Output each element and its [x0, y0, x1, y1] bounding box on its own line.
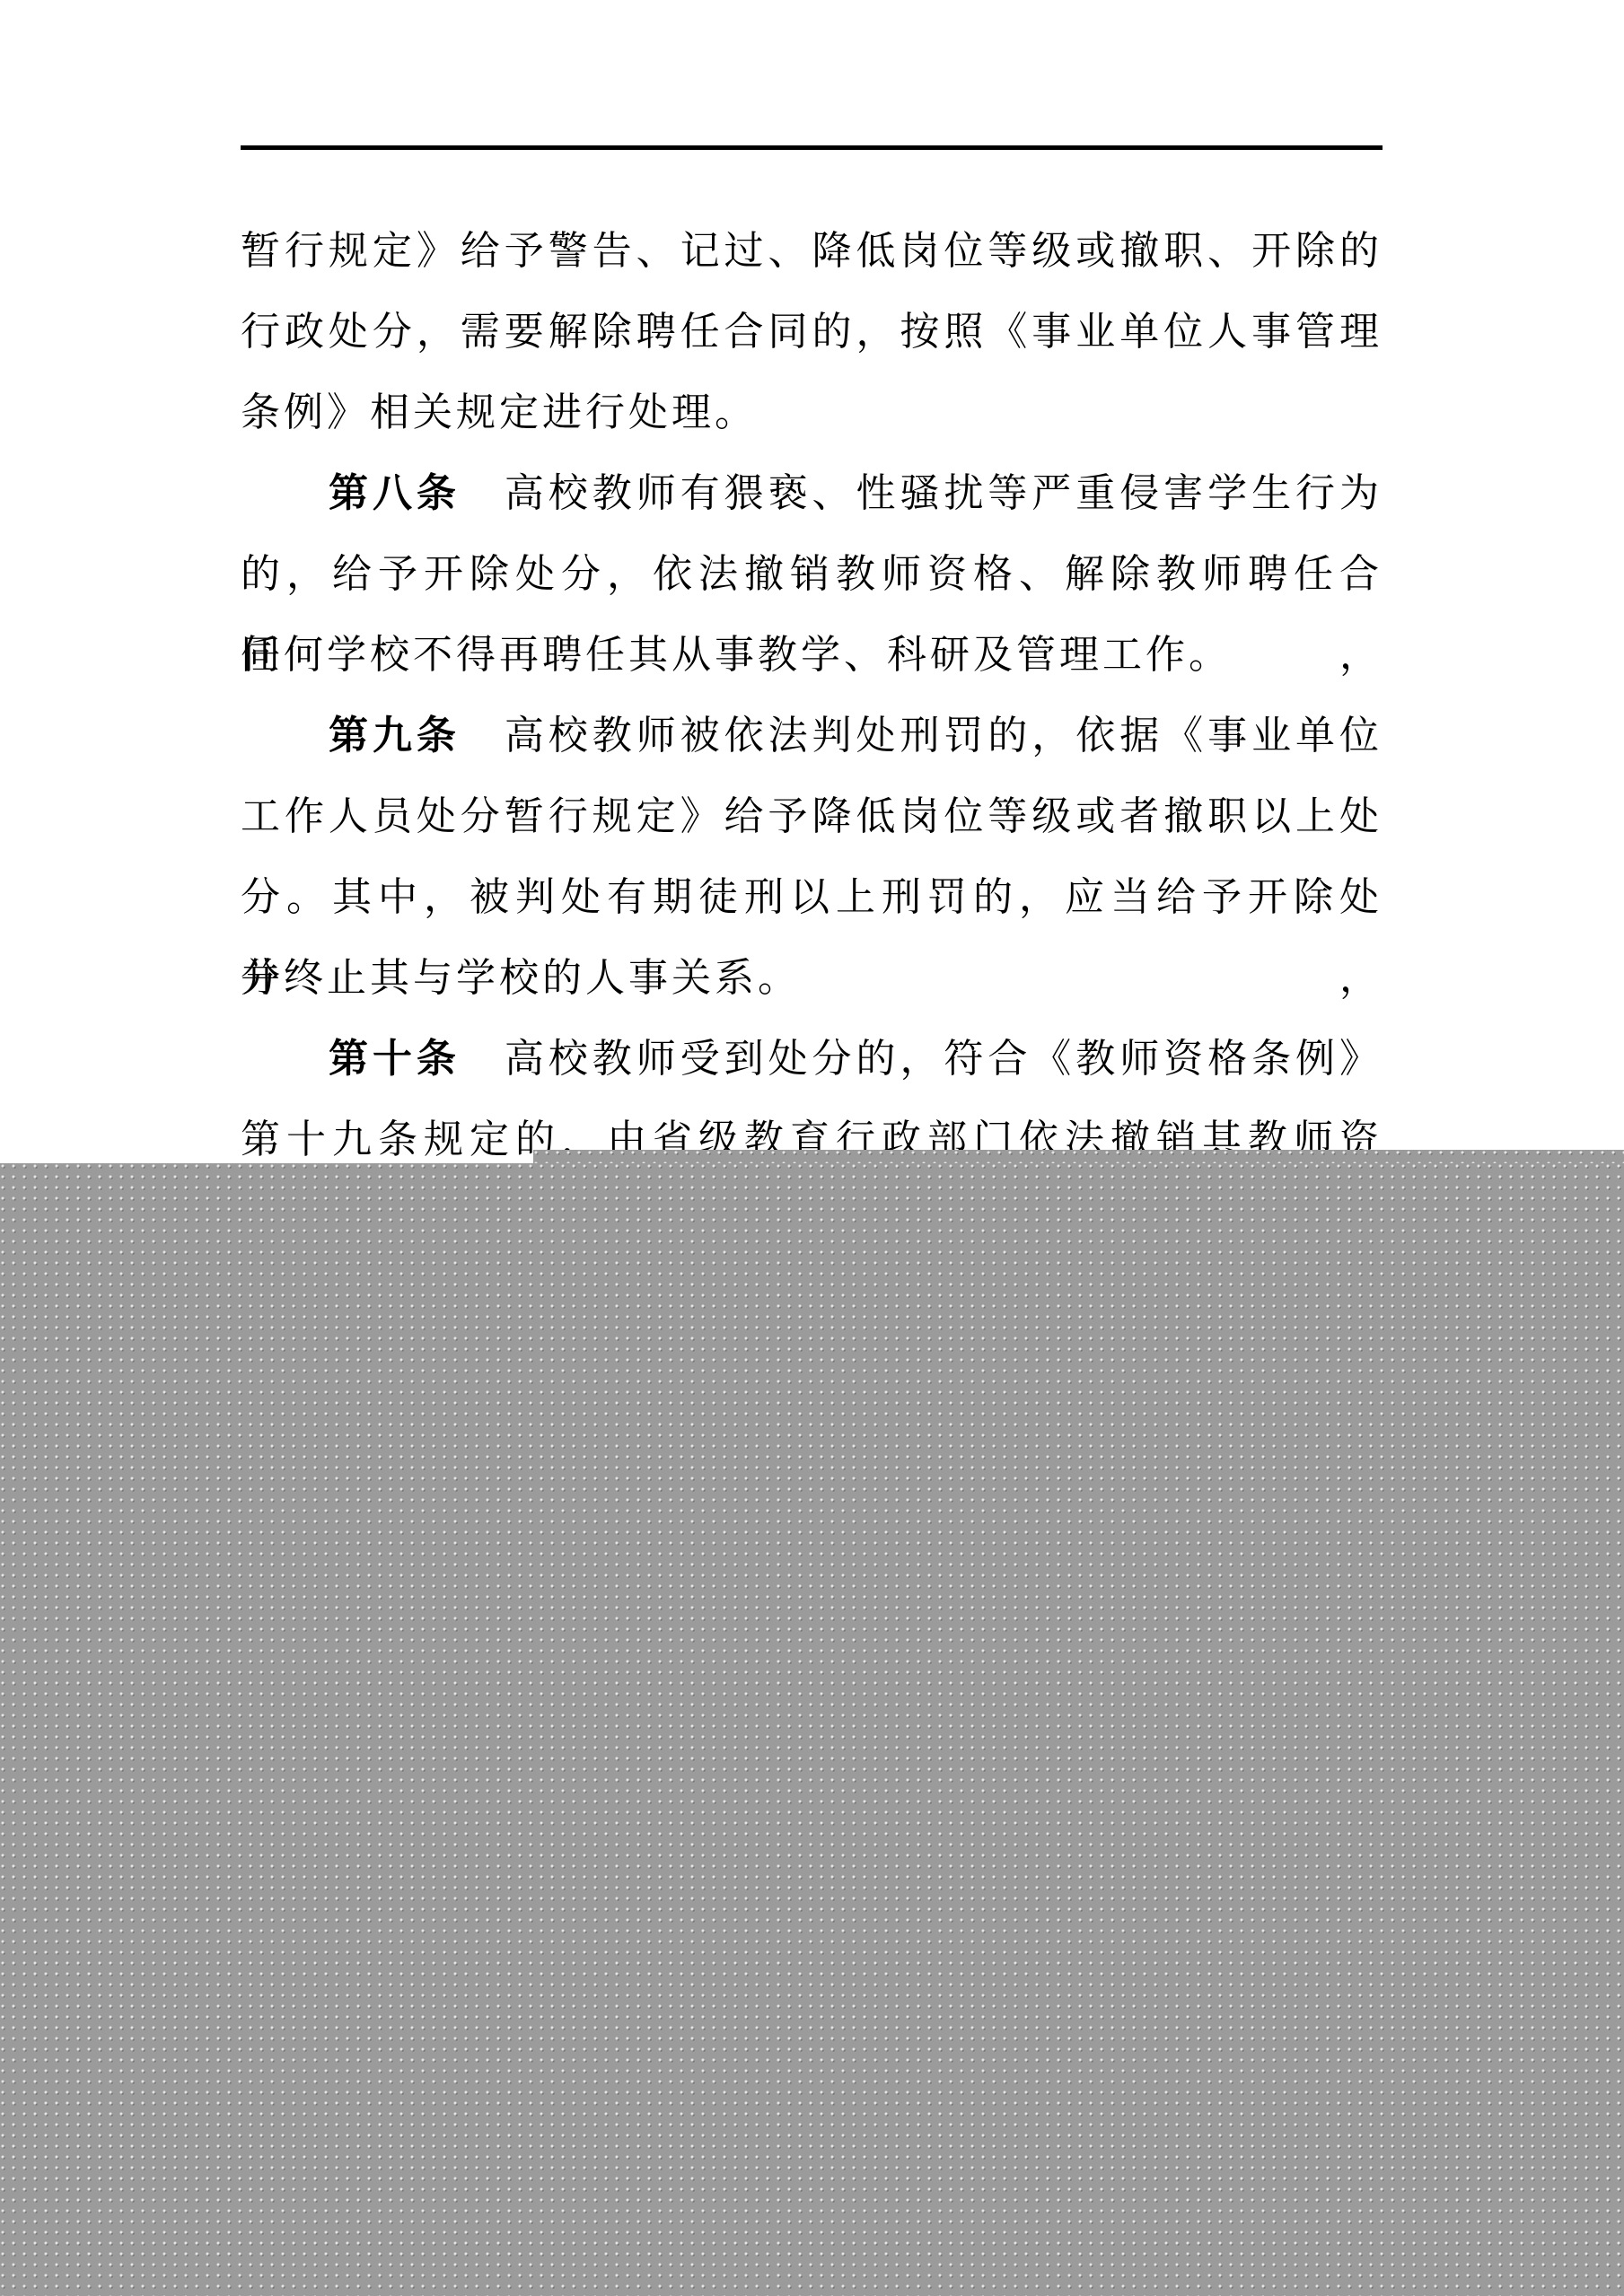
text-line: 第八条 高校教师有猥亵、性骚扰等严重侵害学生行为 — [241, 453, 1383, 534]
text-line: 条例》相关规定进行处理。 — [241, 372, 1383, 453]
text-line: 第九条 高校教师被依法判处刑罚的，依据《事业单位 — [241, 696, 1383, 776]
text-line: 行政处分，需要解除聘任合同的，按照《事业单位人事管理 — [241, 292, 1383, 372]
gray-image-placeholder-full — [0, 1163, 1624, 2296]
text-line: 工作人员处分暂行规定》给予降低岗位等级或者撤职以上处 — [241, 776, 1383, 857]
text-line: 任何学校不得再聘任其从事教学、科研及管理工作。 — [241, 615, 1383, 696]
text-line: 第十条 高校教师受到处分的，符合《教师资格条例》 — [241, 1019, 1383, 1100]
article-number: 第八条 — [329, 470, 461, 516]
header-rule — [241, 145, 1383, 150]
document-body: 暂行规定》给予警告、记过、降低岗位等级或撤职、开除的行政处分，需要解除聘任合同的… — [241, 211, 1383, 1180]
article-number: 第九条 — [329, 713, 461, 758]
text-line: 暂行规定》给予警告、记过、降低岗位等级或撤职、开除的 — [241, 211, 1383, 292]
text-line: 分。其中，被判处有期徒刑以上刑罚的，应当给予开除处分， — [241, 857, 1383, 938]
text-line: 的，给予开除处分，依法撤销教师资格、解除教师聘任合同， — [241, 534, 1383, 615]
article-number: 第十条 — [329, 1036, 461, 1082]
